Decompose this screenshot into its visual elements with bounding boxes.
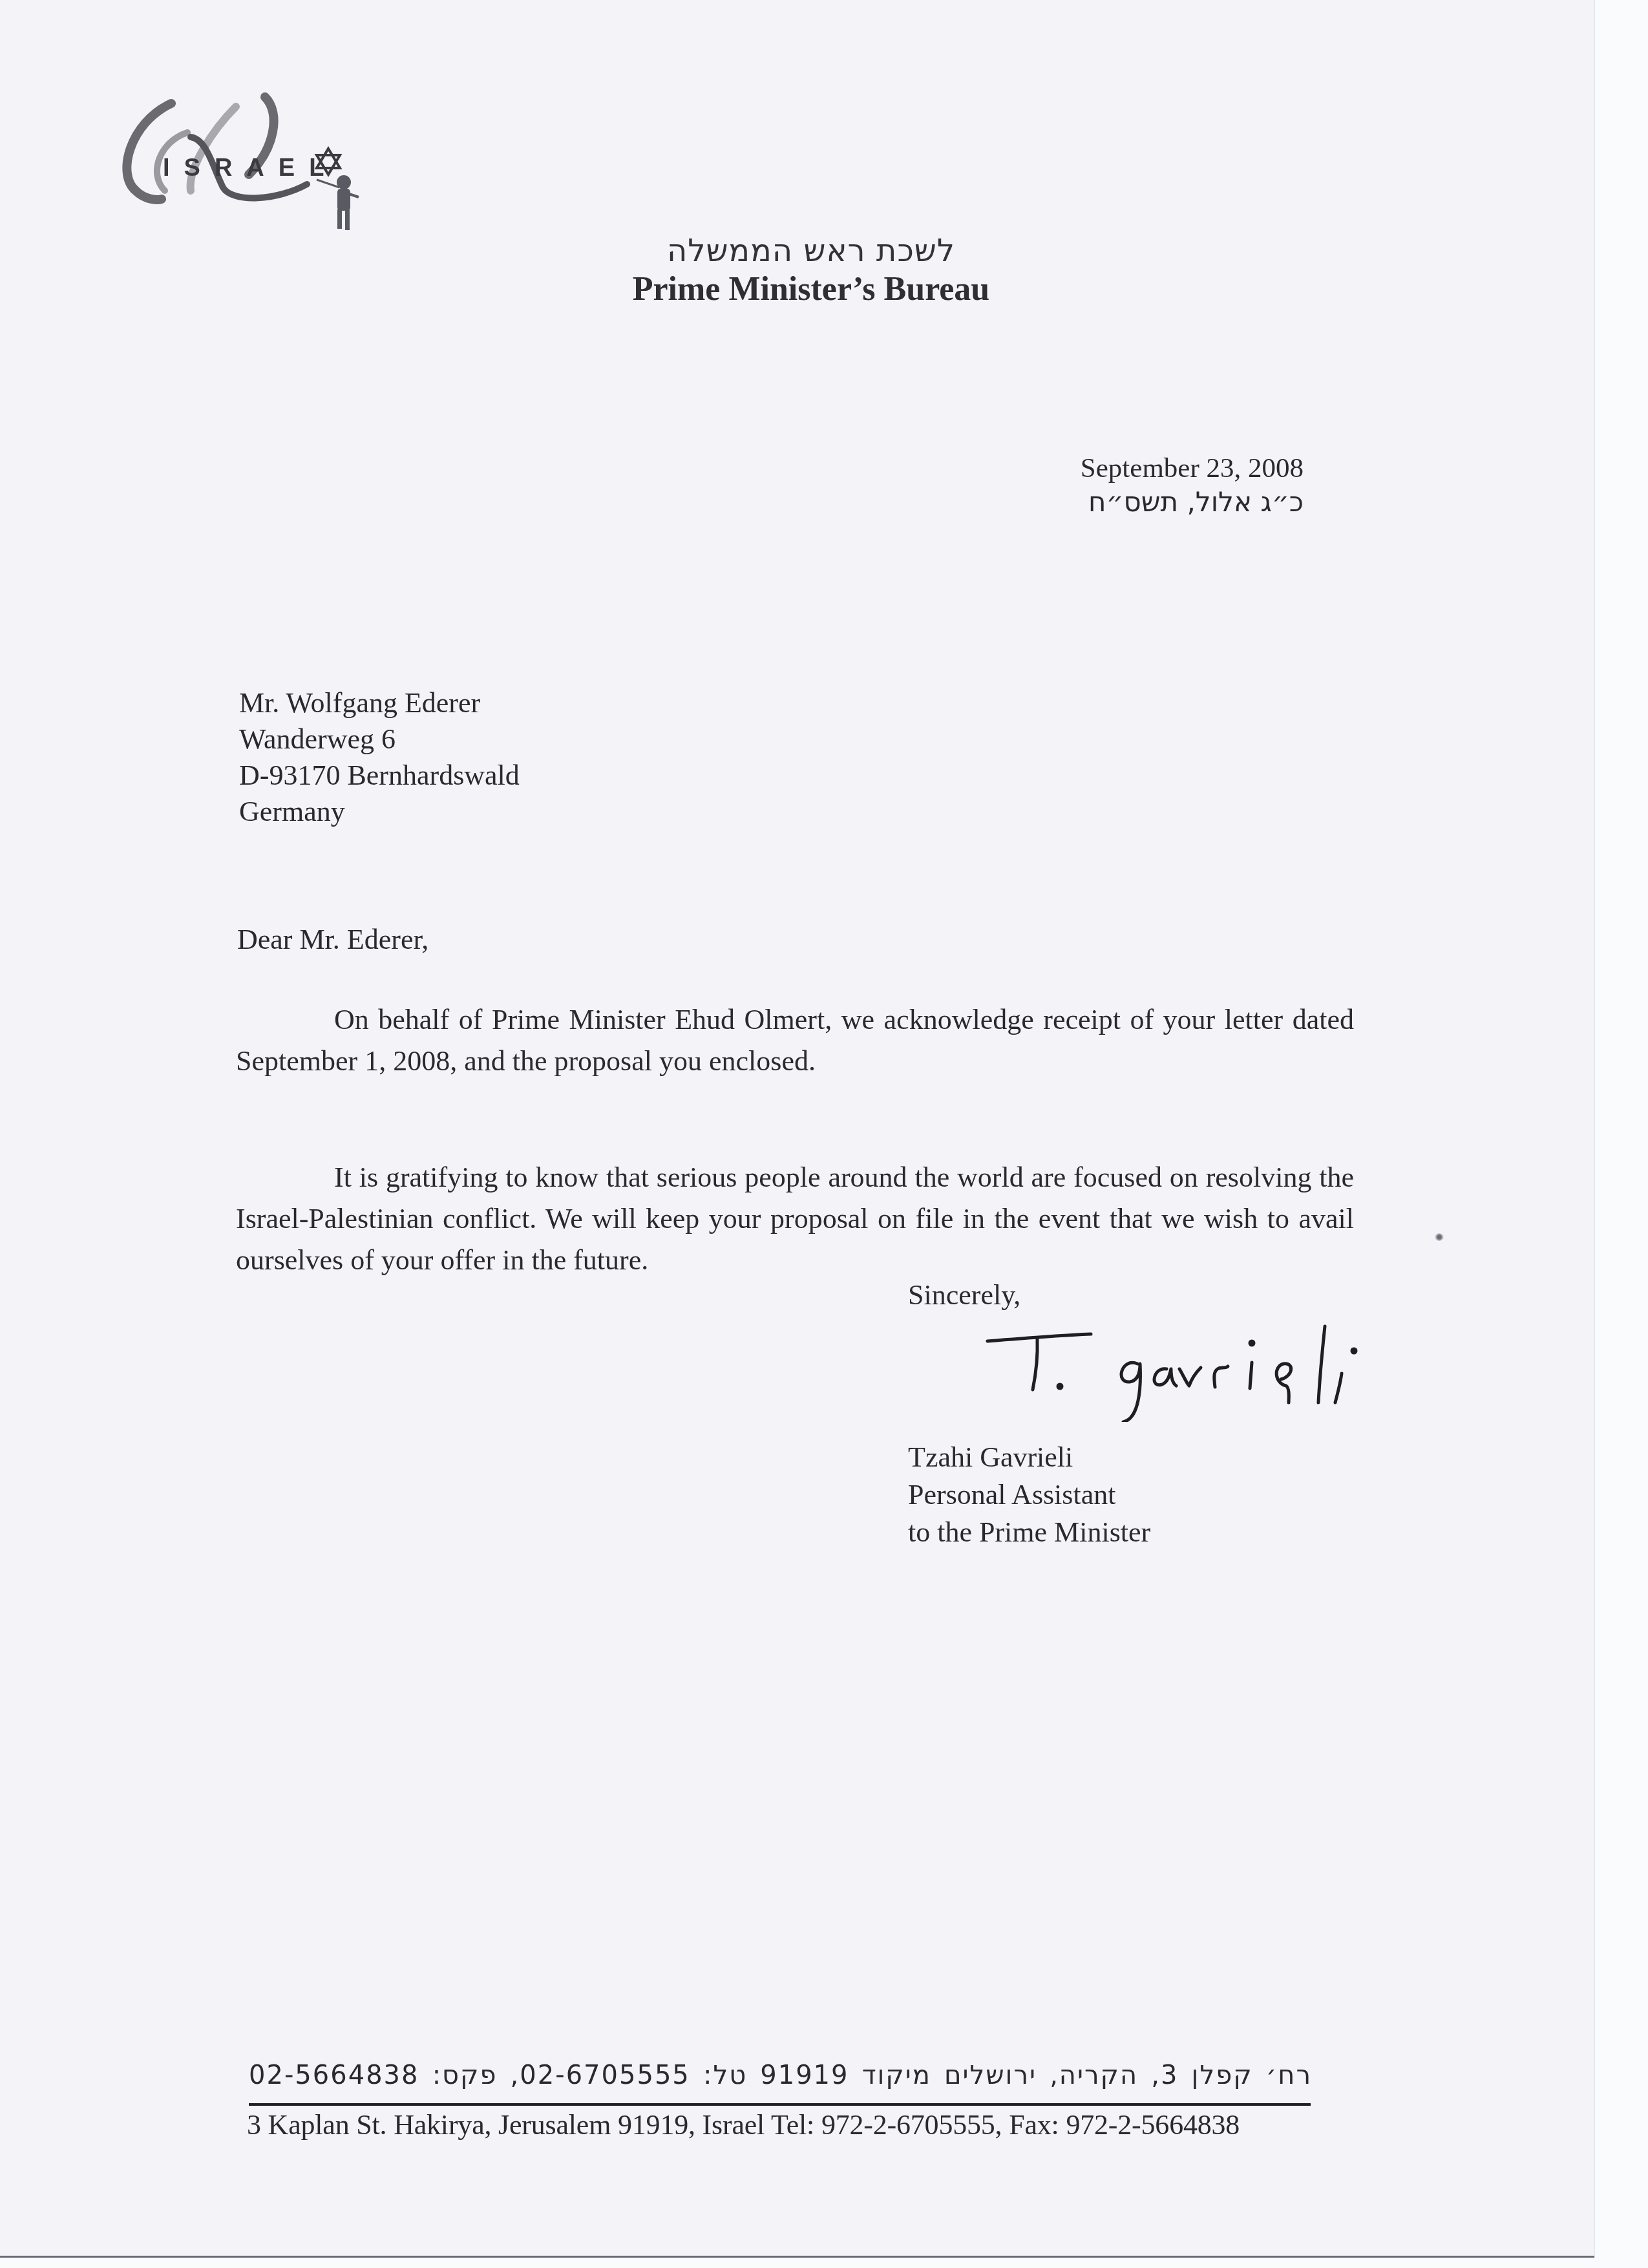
footer-divider (249, 2103, 1311, 2106)
israel-60-logo: ISRAEL (110, 78, 368, 233)
office-name-hebrew: לשכת ראש הממשלה (582, 233, 1041, 269)
child-figure-icon (317, 175, 359, 230)
signer-title-continued: to the Prime Minister (908, 1514, 1150, 1551)
recipient-street: Wanderweg 6 (239, 721, 520, 758)
signer-title: Personal Assistant (908, 1476, 1150, 1514)
date-hebrew: כ״ג אלול, תשס״ח (1088, 486, 1304, 518)
salutation: Dear Mr. Ederer, (237, 923, 428, 956)
footer-address-hebrew: רח׳ קפלן 3, הקריה, ירושלים מיקוד 91919 ט… (249, 2061, 1312, 2090)
recipient-address: Mr. Wolfgang Ederer Wanderweg 6 D-93170 … (239, 685, 520, 830)
signer-block: Tzahi Gavrieli Personal Assistant to the… (908, 1439, 1150, 1551)
body-paragraph: It is gratifying to know that serious pe… (236, 1157, 1354, 1281)
logo-text: ISRAEL (163, 154, 338, 182)
paper-speck (1435, 1233, 1444, 1241)
recipient-name: Mr. Wolfgang Ederer (239, 685, 520, 721)
swirl-icon (127, 97, 307, 200)
body-paragraph: On behalf of Prime Minister Ehud Olmert,… (236, 999, 1354, 1082)
office-name-english: Prime Minister’s Bureau (582, 270, 1041, 308)
date-gregorian: September 23, 2008 (1081, 452, 1304, 484)
recipient-city: D-93170 Bernhardswald (239, 758, 520, 794)
handwritten-signature: T. gavrieli (956, 1312, 1422, 1422)
letter-page: ISRAEL לשכת ראש הממשלה Prime Minister’s … (0, 0, 1594, 2258)
footer-address-english: 3 Kaplan St. Hakirya, Jerusalem 91919, I… (247, 2108, 1240, 2141)
valediction: Sincerely, (908, 1278, 1020, 1311)
recipient-country: Germany (239, 794, 520, 830)
signer-name: Tzahi Gavrieli (908, 1439, 1150, 1476)
